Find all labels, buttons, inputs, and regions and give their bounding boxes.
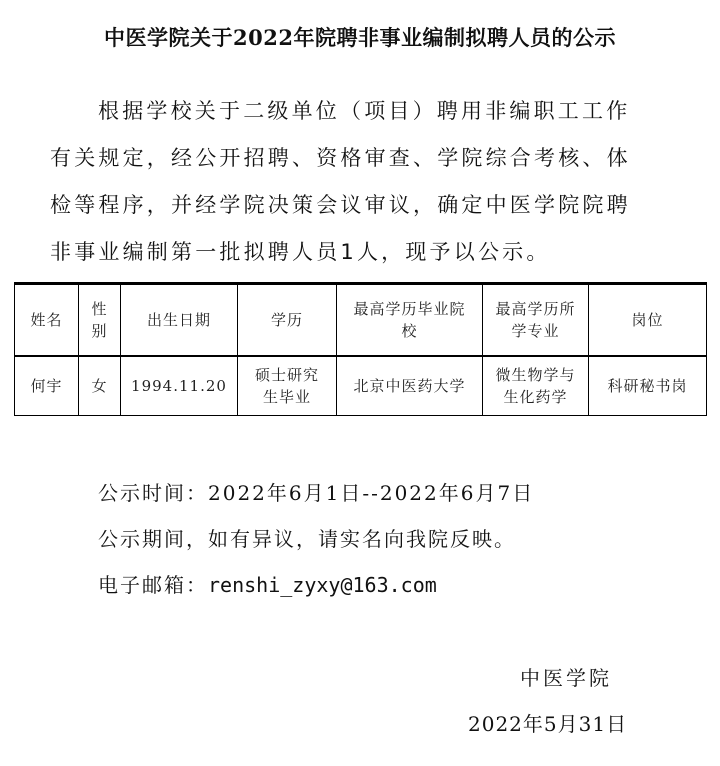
header-name: 姓名 [15, 284, 79, 356]
header-gender: 性别 [79, 284, 121, 356]
table-header-row: 姓名 性别 出生日期 学历 最高学历毕业院校 最高学历所学专业 岗位 [15, 284, 707, 356]
notice-email: 电子邮箱：renshi_zyxy@163.com [98, 562, 534, 608]
signature-date: 2022年5月31日 [468, 708, 627, 737]
header-birth-date: 出生日期 [121, 284, 238, 356]
candidate-table-container: 姓名 性别 出生日期 学历 最高学历毕业院校 最高学历所学专业 岗位 何宇 女 … [14, 282, 707, 416]
cell-education: 硕士研究生毕业 [238, 356, 337, 416]
header-school: 最高学历毕业院校 [337, 284, 483, 356]
candidate-table: 姓名 性别 出生日期 学历 最高学历毕业院校 最高学历所学专业 岗位 何宇 女 … [14, 282, 707, 416]
header-position: 岗位 [589, 284, 707, 356]
cell-position: 科研秘书岗 [589, 356, 707, 416]
cell-gender: 女 [79, 356, 121, 416]
table-row: 何宇 女 1994.11.20 硕士研究生毕业 北京中医药大学 微生物学与生化药… [15, 356, 707, 416]
cell-name: 何宇 [15, 356, 79, 416]
notice-period-value: 2022年6月1日--2022年6月7日 [208, 481, 534, 505]
notice-period-label: 公示时间： [98, 481, 208, 505]
notice-details: 公示时间：2022年6月1日--2022年6月7日 公示期间，如有异议，请实名向… [98, 470, 534, 608]
notice-objection: 公示期间，如有异议，请实名向我院反映。 [98, 516, 534, 562]
notice-email-value: renshi_zyxy@163.com [208, 573, 437, 597]
document-title: 中医学院关于2022年院聘非事业编制拟聘人员的公示 [0, 22, 720, 52]
cell-school: 北京中医药大学 [337, 356, 483, 416]
cell-major: 微生物学与生化药学 [483, 356, 589, 416]
cell-birth-date: 1994.11.20 [121, 356, 238, 416]
intro-paragraph: 根据学校关于二级单位（项目）聘用非编职工工作有关规定，经公开招聘、资格审查、学院… [50, 88, 650, 276]
notice-period: 公示时间：2022年6月1日--2022年6月7日 [98, 470, 534, 516]
header-education: 学历 [238, 284, 337, 356]
signature-organization: 中医学院 [520, 662, 612, 691]
header-major: 最高学历所学专业 [483, 284, 589, 356]
notice-email-label: 电子邮箱： [98, 573, 208, 597]
